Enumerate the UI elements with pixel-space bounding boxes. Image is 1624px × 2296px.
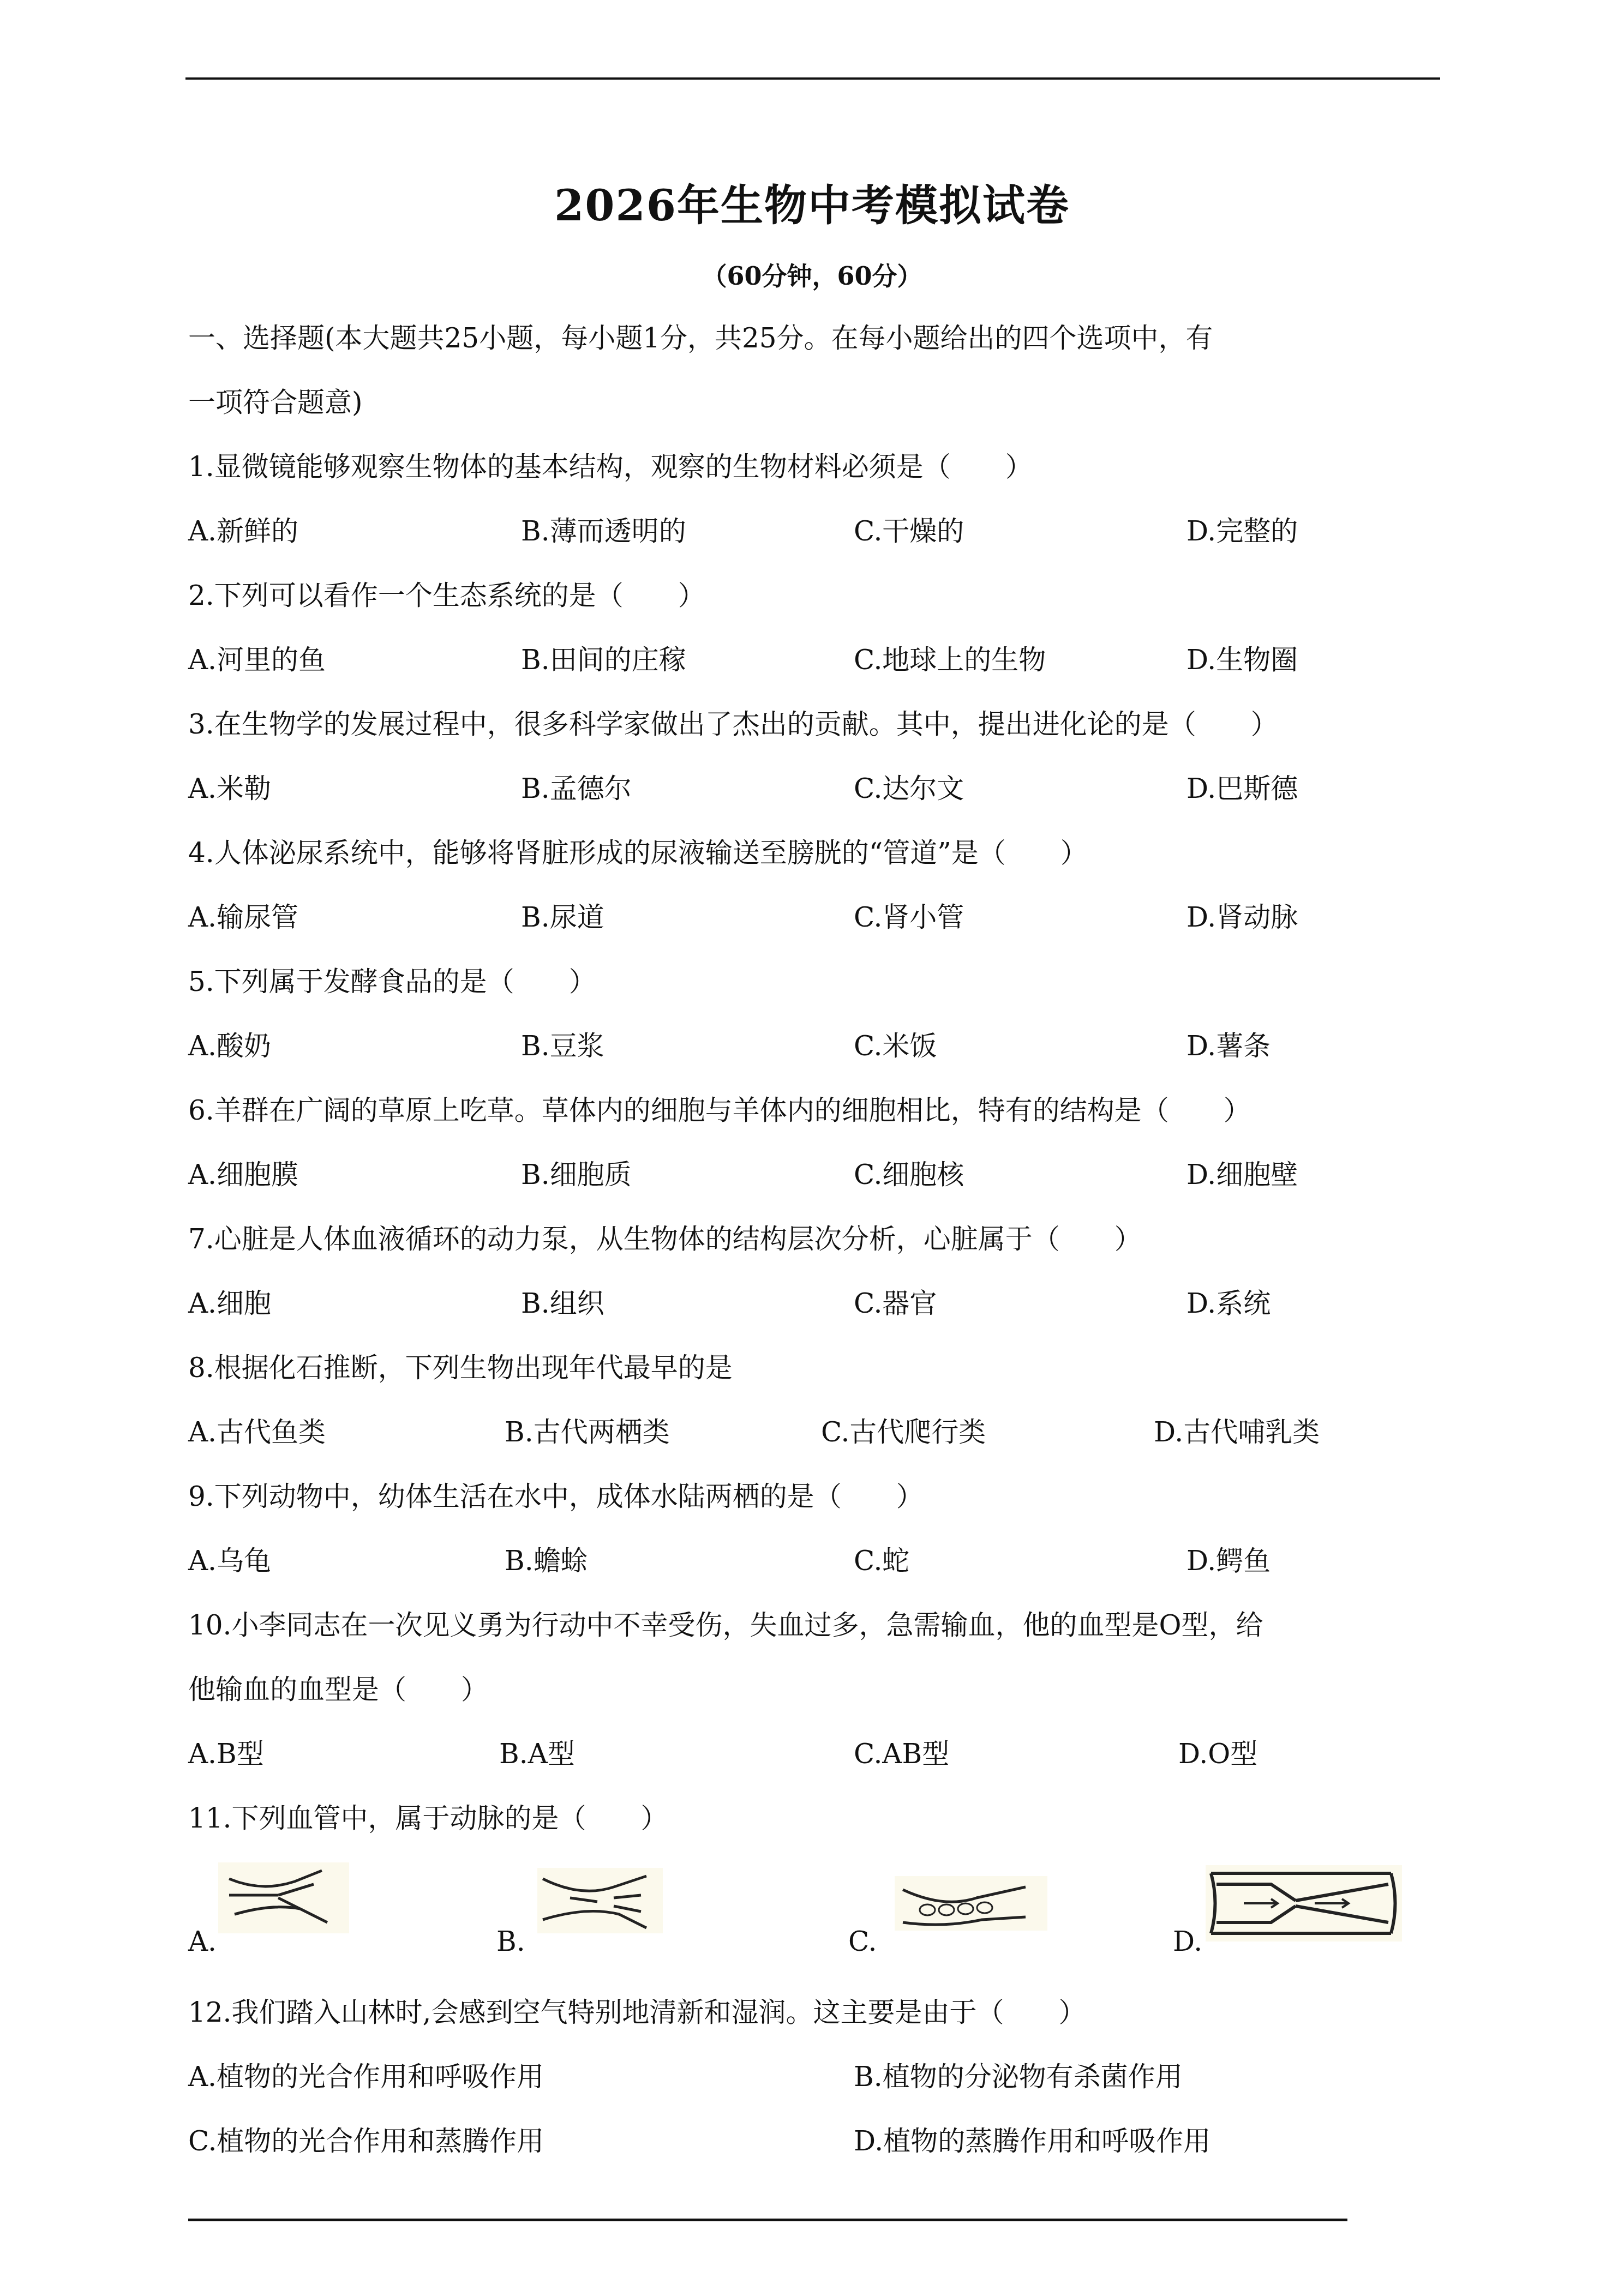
option-b: B.蟾蜍: [505, 1544, 588, 1577]
option-a: A.乌龟: [188, 1544, 271, 1577]
option-a: A.米勒: [188, 772, 271, 805]
option-c: C.细胞核: [854, 1158, 964, 1191]
vessel-figure-c: [895, 1876, 1047, 1931]
option-d: D.植物的蒸腾作用和呼吸作用: [854, 2125, 1210, 2157]
option-a: A.输尿管: [188, 901, 298, 934]
vessel-figure-d: [1206, 1865, 1402, 1942]
option-d: D.细胞壁: [1186, 1158, 1298, 1191]
option-d: D.系统: [1186, 1287, 1271, 1320]
question-stem-cont: 他输血的血型是（ ）: [188, 1673, 488, 1706]
option-d: D.薯条: [1186, 1030, 1271, 1062]
option-b: B.植物的分泌物有杀菌作用: [854, 2060, 1183, 2093]
option-c: C.米饭: [854, 1030, 937, 1062]
option-a: A.植物的光合作用和呼吸作用: [188, 2060, 544, 2093]
option-a: A.古代鱼类: [188, 1416, 326, 1448]
option-c: C.植物的光合作用和蒸腾作用: [188, 2125, 544, 2157]
option-c: C.古代爬行类: [821, 1416, 986, 1448]
option-b: B.孟德尔: [521, 772, 632, 805]
question-stem: 1.显微镜能够观察生物体的基本结构，观察的生物材料必须是（ ）: [188, 450, 1033, 483]
exam-duration: （60分钟，60分）: [0, 256, 1624, 292]
option-b: B.田间的庄稼: [521, 644, 686, 676]
question-stem: 3.在生物学的发展过程中，很多科学家做出了杰出的贡献。其中，提出进化论的是（ ）: [188, 708, 1278, 741]
option-b: B.: [496, 1925, 525, 1958]
question-stem: 11.下列血管中，属于动脉的是（ ）: [188, 1802, 668, 1835]
option-c: C.AB型: [854, 1738, 949, 1770]
option-d: D.鳄鱼: [1186, 1544, 1271, 1577]
option-a: A.酸奶: [188, 1030, 271, 1062]
footer-rule: [188, 2219, 1347, 2221]
option-d: D.O型: [1178, 1738, 1257, 1770]
option-d: D.: [1173, 1925, 1202, 1958]
option-b: B.古代两栖类: [505, 1416, 670, 1448]
option-c: C.地球上的生物: [854, 644, 1046, 676]
option-c: C.蛇: [854, 1544, 909, 1577]
option-a: A.细胞膜: [188, 1158, 298, 1191]
question-stem: 6.羊群在广阔的草原上吃草。草体内的细胞与羊体内的细胞相比，特有的结构是（ ）: [188, 1094, 1251, 1127]
option-c: C.达尔文: [854, 772, 964, 805]
question-stem: 8.根据化石推断，下列生物出现年代最早的是: [188, 1351, 733, 1384]
option-c: C.干燥的: [854, 515, 964, 548]
option-d: D.巴斯德: [1186, 772, 1298, 805]
vessel-figure-b: [537, 1868, 663, 1933]
option-b: B.薄而透明的: [521, 515, 686, 548]
option-a: A.河里的鱼: [188, 644, 326, 676]
question-stem: 12.我们踏入山林时,会感到空气特别地清新和湿润。这主要是由于（ ）: [188, 1996, 1086, 2029]
option-d: D.生物圈: [1186, 644, 1298, 676]
option-a: A.细胞: [188, 1287, 271, 1320]
option-a: A.B型: [188, 1738, 264, 1770]
question-stem: 10.小李同志在一次见义勇为行动中不幸受伤，失血过多，急需输血，他的血型是O型，…: [188, 1609, 1263, 1642]
option-c: C.肾小管: [854, 901, 964, 934]
option-b: B.尿道: [521, 901, 604, 934]
option-b: B.细胞质: [521, 1158, 632, 1191]
option-c: C.: [848, 1925, 877, 1958]
question-stem: 5.下列属于发酵食品的是（ ）: [188, 965, 596, 998]
option-a: A.新鲜的: [188, 515, 298, 548]
question-stem: 7.心脏是人体血液循环的动力泵，从生物体的结构层次分析，心脏属于（ ）: [188, 1223, 1142, 1255]
option-d: D.古代哺乳类: [1154, 1416, 1320, 1448]
section-instructions: 一、选择题(本大题共25小题，每小题1分，共25分。在每小题给出的四个选项中，有: [188, 322, 1213, 354]
option-d: D.肾动脉: [1186, 901, 1298, 934]
header-rule: [185, 77, 1440, 80]
option-b: B.A型: [499, 1738, 575, 1770]
question-stem: 2.下列可以看作一个生态系统的是（ ）: [188, 579, 705, 612]
option-d: D.完整的: [1186, 515, 1298, 548]
option-c: C.器官: [854, 1287, 937, 1320]
option-b: B.豆浆: [521, 1030, 604, 1062]
option-a: A.: [188, 1925, 217, 1958]
vessel-figure-a: [218, 1862, 349, 1933]
section-instructions-cont: 一项符合题意): [188, 386, 363, 419]
question-stem: 4.人体泌尿系统中，能够将肾脏形成的尿液输送至膀胱的“管道”是（ ）: [188, 837, 1088, 869]
option-b: B.组织: [521, 1287, 604, 1320]
page-title: 2026年生物中考模拟试卷: [0, 172, 1624, 233]
question-stem: 9.下列动物中，幼体生活在水中，成体水陆两栖的是（ ）: [188, 1480, 924, 1513]
